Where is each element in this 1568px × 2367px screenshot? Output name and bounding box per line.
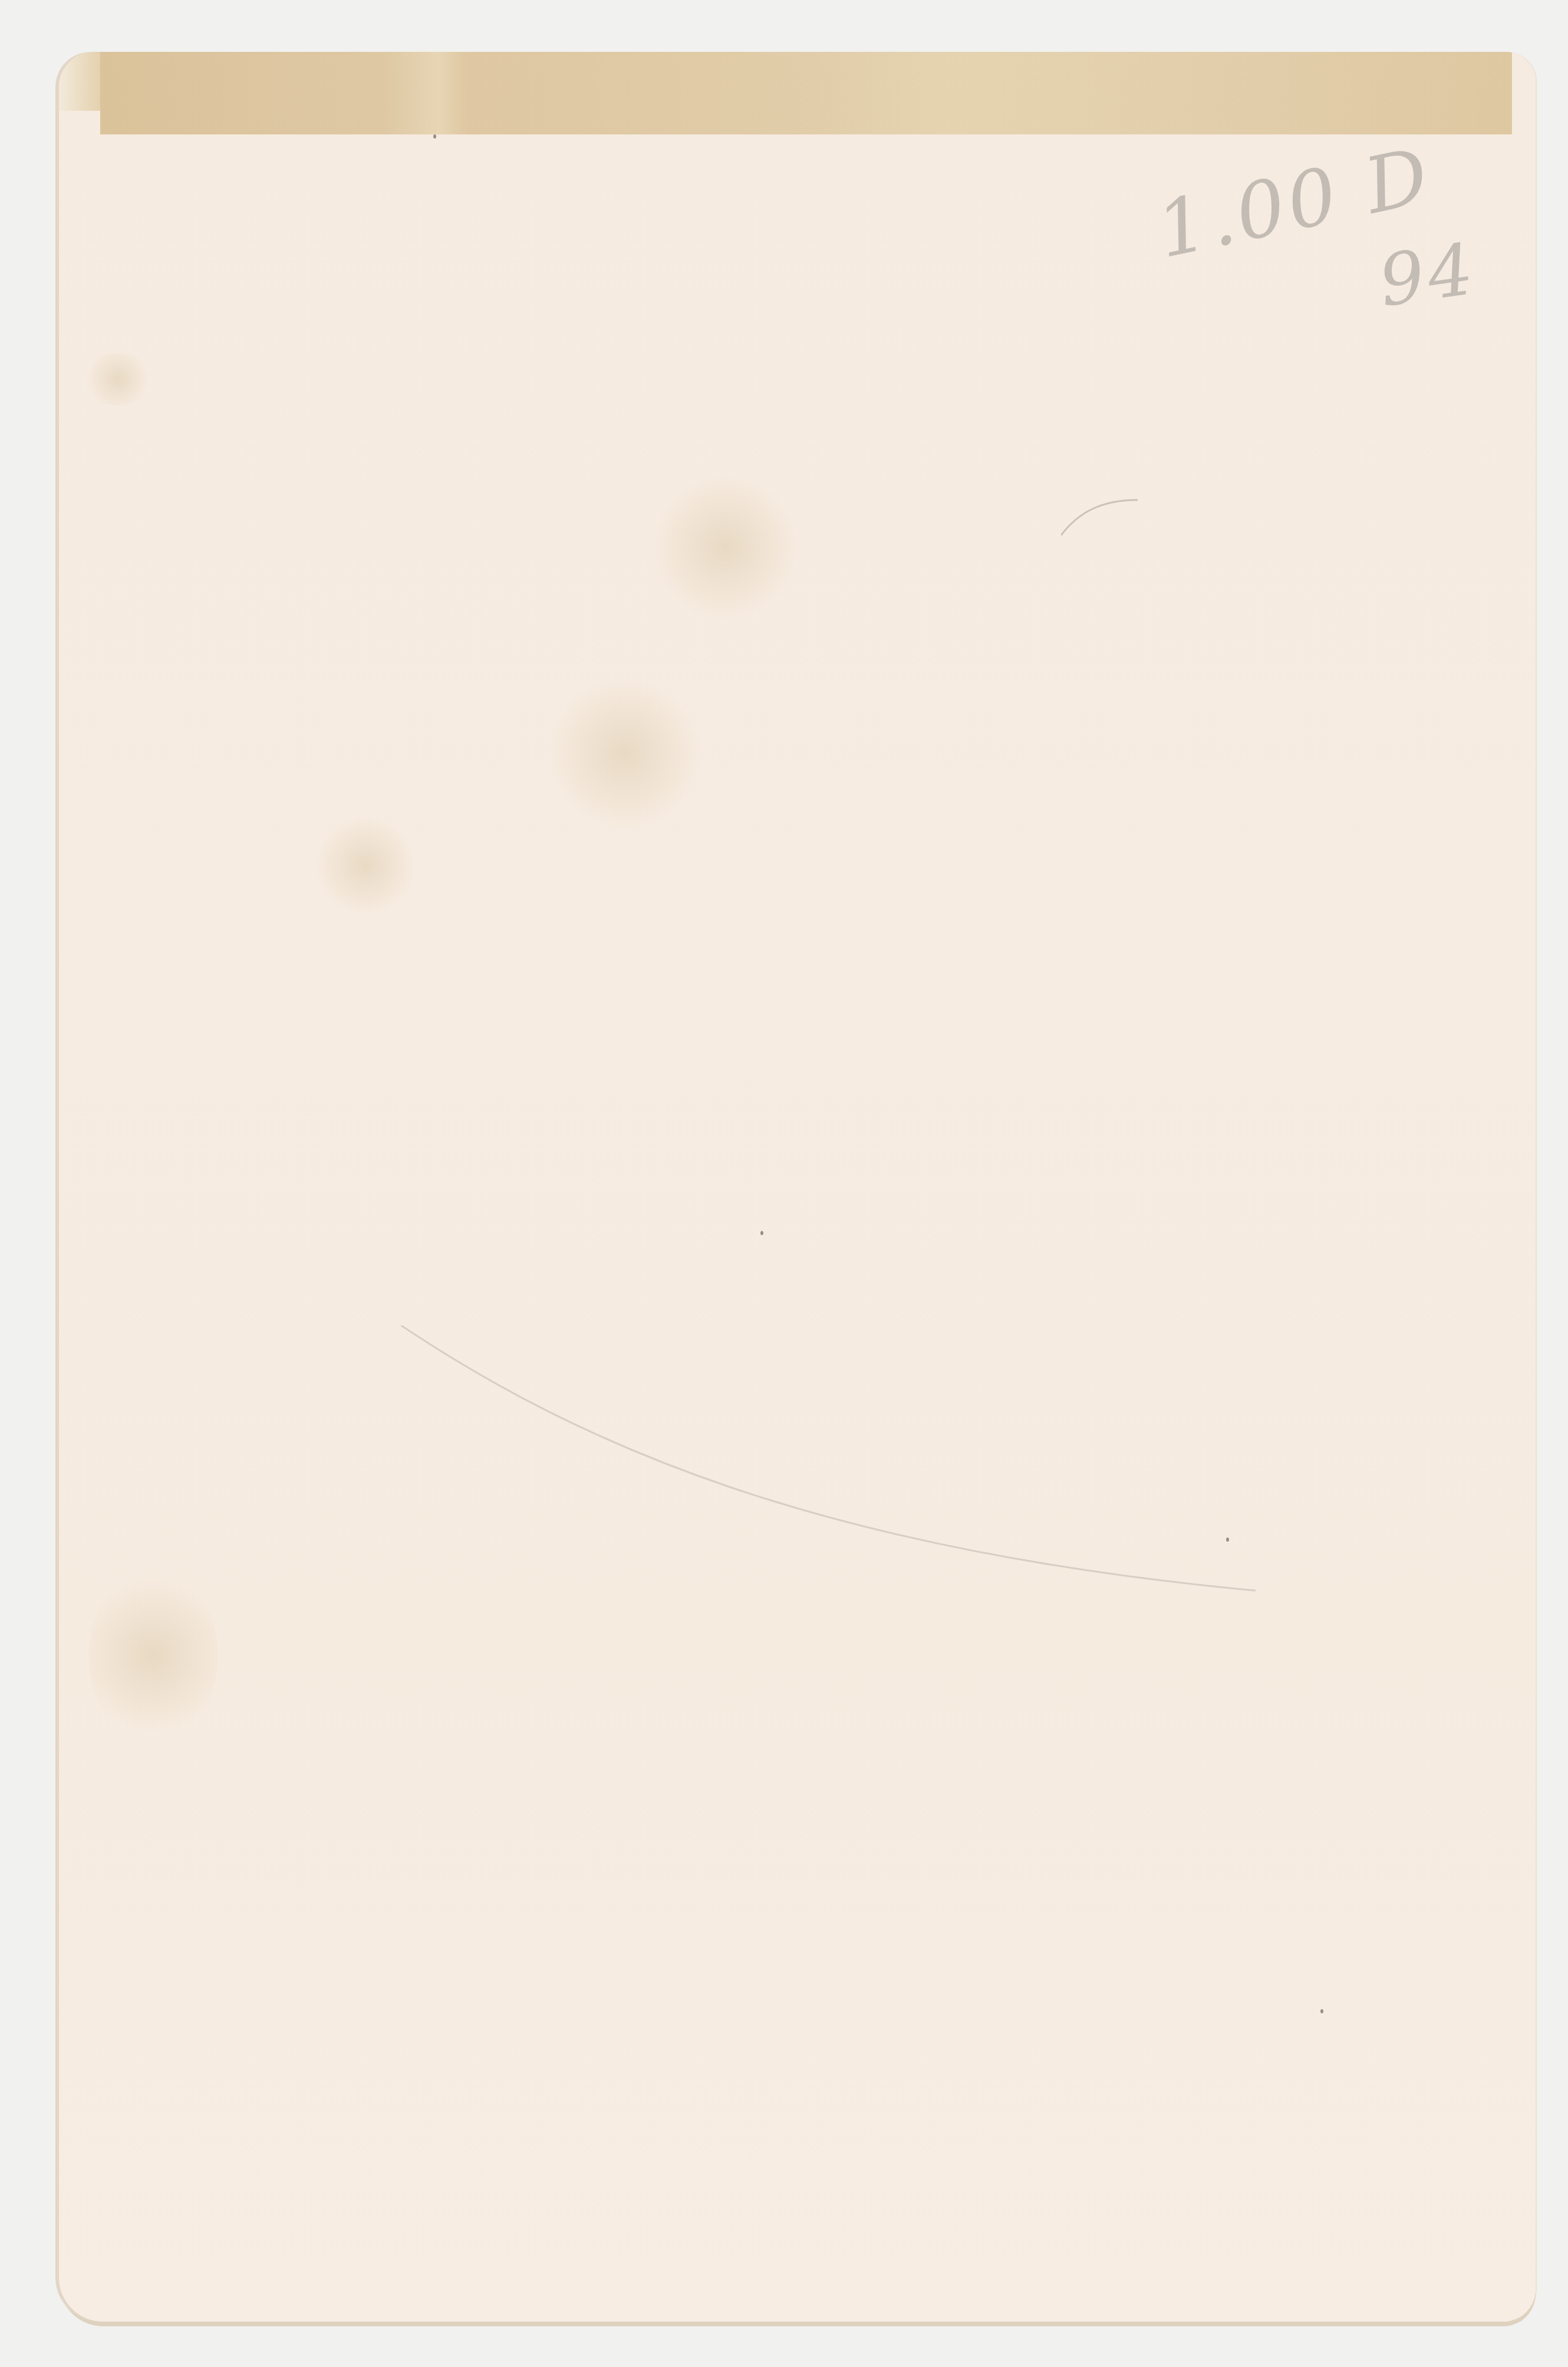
pencil-number-inscription: 94 [1374, 228, 1481, 323]
speck [1320, 2009, 1323, 2013]
foxing-stain [648, 476, 802, 618]
foxing-stain [83, 353, 153, 406]
foxing-stain [88, 1567, 218, 1744]
tape-stain-band [100, 52, 1512, 134]
scratch-mark [1061, 476, 1238, 547]
speck [1226, 1538, 1229, 1542]
scratch-line [401, 1325, 1256, 1632]
card-corner-wear [59, 52, 100, 111]
foxing-stain [312, 818, 419, 913]
foxing-stain [548, 677, 701, 830]
cabinet-card-back: 1.00 D 94 [59, 52, 1536, 2322]
speck [760, 1231, 763, 1235]
speck [433, 134, 436, 139]
